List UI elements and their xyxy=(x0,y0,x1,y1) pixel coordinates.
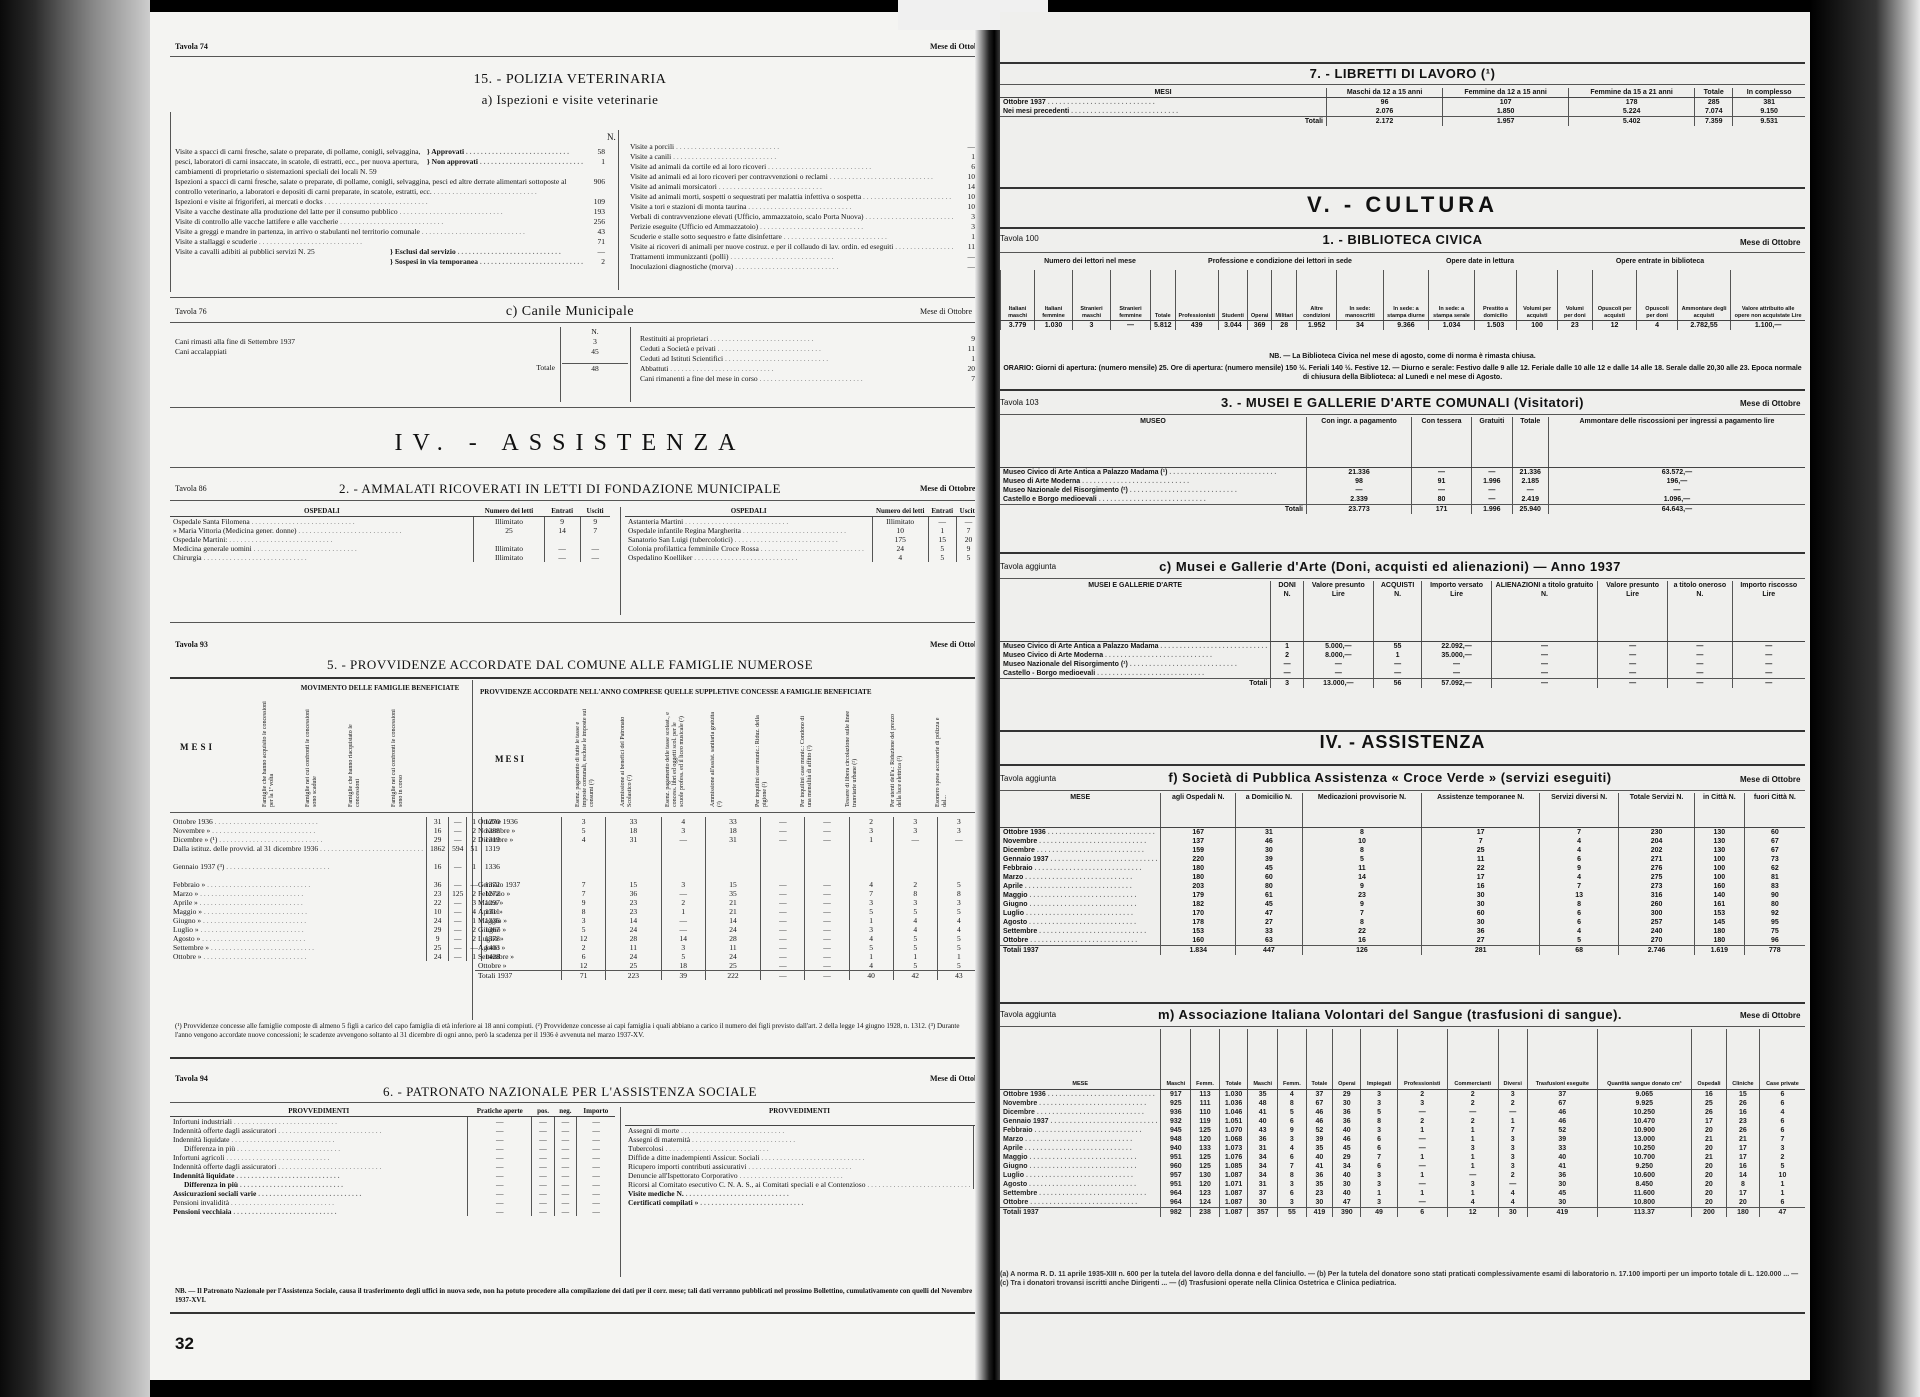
list-item: } Approvati58 xyxy=(427,147,605,157)
table-cell: — xyxy=(761,952,805,961)
table-cell: 271 xyxy=(1619,855,1695,864)
blood-donors-table: MESEMaschiFemm.TotaleMaschiFemm.TotaleOp… xyxy=(1000,1029,1805,1217)
table-cell: 1.085 xyxy=(1219,1162,1247,1171)
table-cell: 22 xyxy=(1422,864,1540,873)
table-cell: — xyxy=(449,880,467,889)
table-row: Agosto »9—21378 xyxy=(170,934,503,943)
table-cell: 1.030 xyxy=(1219,1090,1247,1100)
table-cell: 3 xyxy=(849,925,893,934)
column-header: Esenz. pagamento delle tasse scolast., e… xyxy=(665,707,707,807)
table-cell: 1.503 xyxy=(1474,321,1517,331)
table-cell: 30 xyxy=(1248,1198,1278,1208)
table-row: Gennaio 1937715315——425 xyxy=(475,880,980,889)
table-cell: 5 xyxy=(928,544,956,553)
item-value: 14 xyxy=(953,182,975,192)
item-value: 71 xyxy=(583,237,605,247)
table-cell: — xyxy=(449,943,467,952)
table-row: Gennaio 19379321191.051406463682214610.4… xyxy=(1000,1117,1805,1126)
item-label: Trattamenti immunizzanti (polli) xyxy=(630,252,833,262)
table-cell: 10.800 xyxy=(1597,1198,1691,1208)
hospital-name: Ospedale Santa Filomena xyxy=(170,517,474,527)
table-cell: — xyxy=(577,1171,615,1180)
table-row: Agosto »211311——555 xyxy=(475,943,980,952)
table-row: Marzo9481201.06836339466—133913.00021217 xyxy=(1000,1135,1805,1144)
table-cell: 11 xyxy=(1302,864,1421,873)
table-row: Febbraio »736—35——788 xyxy=(475,889,980,898)
column-header: N. xyxy=(607,132,616,143)
list-item: Visite ai ricoveri di animali per nuove … xyxy=(630,242,975,252)
table-cell: 951 xyxy=(1161,1180,1191,1189)
month-label: Ottobre » xyxy=(170,952,427,961)
month-label: Novembre xyxy=(1000,837,1161,846)
table-cell: 7 xyxy=(849,889,893,898)
table-cell: 21 xyxy=(1691,1153,1726,1162)
table-cell: — xyxy=(449,934,467,943)
table-cell: — xyxy=(1397,1162,1447,1171)
table-cell: 125 xyxy=(449,889,467,898)
table-cell: 45 xyxy=(1236,864,1303,873)
museum-name: Castello e Borgo medioevali xyxy=(1000,495,1307,505)
total-value: 71 xyxy=(562,971,606,981)
item-label: Visite a canili xyxy=(630,152,776,162)
table-cell: — xyxy=(532,1117,554,1127)
table-cell: 125 xyxy=(1191,1162,1220,1171)
measure-label: Differenza in più xyxy=(170,1180,468,1189)
table-cell: 39 xyxy=(1236,855,1303,864)
column-header: Maschi xyxy=(1248,1029,1278,1090)
column-header: Importo xyxy=(577,1107,615,1117)
table-cell: — xyxy=(449,835,467,844)
table-cell: — xyxy=(661,925,705,934)
item-label: Visite di controllo alle vacche lattifer… xyxy=(175,217,443,227)
list-item: Cani rimanenti a fine del mese in corso7 xyxy=(640,374,975,384)
table-cell: — xyxy=(761,943,805,952)
table-cell: 4 xyxy=(1278,1144,1307,1153)
table-row: Gennaio 193722039511627110073 xyxy=(1000,855,1805,864)
table-row: Museo di Arte Moderna98911.9962.185196,— xyxy=(1000,477,1805,486)
table-row: Aprile9401331.07331435456—333310.2502017… xyxy=(1000,1144,1805,1153)
list-item: Ceduti ad Istituti Scientifici1 xyxy=(640,354,975,364)
list-item: Ispezioni a spacci di carni fresche, sal… xyxy=(175,177,605,197)
table-cell: — xyxy=(1598,651,1668,660)
table-cell: 31 xyxy=(1248,1180,1278,1189)
table-cell: — xyxy=(532,1171,554,1180)
total-value: 390 xyxy=(1333,1208,1361,1218)
table-cell: 5 xyxy=(928,553,956,562)
table-cell: 940 xyxy=(1161,1144,1191,1153)
table-cell: 23 xyxy=(1726,1117,1759,1126)
item-label: Scuderie e stalle sotto sequestro e fatt… xyxy=(630,232,887,242)
list-item: } Non approvati1 xyxy=(427,157,605,167)
table-cell: — xyxy=(449,817,467,826)
table-cell: 6 xyxy=(1361,1144,1397,1153)
column-header: in Città N. xyxy=(1694,793,1744,828)
table-cell: — xyxy=(1491,660,1597,669)
table-cell: 3 xyxy=(661,943,705,952)
month-label: Aprile » xyxy=(170,898,427,907)
table-cell: 124 xyxy=(1191,1198,1220,1208)
item-label: Ispezioni a spacci di carni fresche, sal… xyxy=(175,177,583,197)
table-cell: 6 xyxy=(1759,1117,1805,1126)
table-cell: 9 xyxy=(580,517,610,527)
table-cell: 6 xyxy=(1759,1090,1805,1100)
table-cell: 41 xyxy=(1248,1108,1278,1117)
table-cell: 3 xyxy=(893,898,937,907)
item-label: } Esclusi dal servizio xyxy=(390,247,561,257)
table-cell: — xyxy=(532,1207,554,1216)
table-row: Ottobre 1936333433——233 xyxy=(475,817,980,826)
table-cell: 36 xyxy=(1306,1171,1332,1180)
item-label: } Sospesi in via temporanea xyxy=(390,257,583,267)
table-cell: — xyxy=(1498,1108,1527,1117)
table-cell: 11 xyxy=(1422,855,1540,864)
table-row: Ottobre9641241.08730330473—443010.800202… xyxy=(1000,1198,1805,1208)
table-cell: 111 xyxy=(1191,1099,1220,1108)
column-header: OSPEDALI xyxy=(170,507,474,517)
table-cell: — xyxy=(1598,669,1668,679)
measure-label: Pensioni vecchiaia xyxy=(170,1207,468,1216)
museum-name: Museo Civico di Arte Moderna xyxy=(1000,651,1271,660)
table-cell: — xyxy=(577,1126,615,1135)
table-cell: 34 xyxy=(1248,1162,1278,1171)
table-cell: — xyxy=(761,907,805,916)
table-row: Pensioni invalidità———— xyxy=(170,1198,615,1207)
month-label: Agosto » xyxy=(475,943,562,952)
table-row: Marzo180601417427510081 xyxy=(1000,873,1805,882)
table-cell: — xyxy=(1307,486,1412,495)
table-cell: 6 xyxy=(1361,1135,1397,1144)
item-value: 10 xyxy=(953,192,975,202)
table-cell: 63.572,— xyxy=(1548,468,1805,478)
footnotes: (¹) Provvidenze concesse alle famiglie c… xyxy=(175,1022,975,1040)
table-cell: 5 xyxy=(849,943,893,952)
table-cell: 24 xyxy=(606,952,662,961)
month-label: Gennaio 1937 xyxy=(1000,1117,1161,1126)
table-cell xyxy=(544,535,580,544)
table-cell: 5 xyxy=(937,943,980,952)
item-value: — xyxy=(953,142,975,152)
table-cell: — xyxy=(661,916,705,925)
table-cell: — xyxy=(580,553,610,562)
item-value: 58 xyxy=(583,147,605,157)
item-value: 10 xyxy=(953,202,975,212)
table-cell: 3 xyxy=(1278,1180,1307,1189)
table-cell: 16 xyxy=(1302,936,1421,946)
table-cell: 60 xyxy=(1744,828,1805,838)
table-cell: 3 xyxy=(661,880,705,889)
list-item: Visite a vacche destinate alla produzion… xyxy=(175,207,605,217)
month-label: Marzo » xyxy=(475,898,562,907)
table-cell: — xyxy=(449,925,467,934)
table-cell: 4 xyxy=(661,817,705,826)
table-cell: — xyxy=(761,898,805,907)
measure-label: Diffide a ditte inadempienti Assicur. So… xyxy=(625,1153,974,1162)
table-row: Febbraio »36——1372 xyxy=(170,880,503,889)
table-cell: 130 xyxy=(1694,837,1744,846)
column-header: Professionisti xyxy=(1397,1029,1447,1090)
table-cell: — xyxy=(577,1153,615,1162)
table-cell: 2 xyxy=(1447,1099,1498,1108)
column-header: MESE xyxy=(1000,1029,1161,1090)
table-row: Totali 19377122339222——404243 xyxy=(475,971,980,981)
table-cell: 381 xyxy=(1733,98,1805,108)
table-cell: 8 xyxy=(1540,900,1619,909)
table-cell: 5 xyxy=(893,961,937,971)
item-label: Inoculazioni diagnostiche (morva) xyxy=(630,262,838,272)
table-cell: — xyxy=(893,835,937,844)
table-cell: — xyxy=(532,1144,554,1153)
month-label: Aprile xyxy=(1000,882,1161,891)
table-cell: 25 xyxy=(705,961,761,971)
table-cell: 95 xyxy=(1744,918,1805,927)
table-cell: 100 xyxy=(1694,855,1744,864)
table-cell: 5.224 xyxy=(1569,107,1695,117)
tavola-label: Tavola 86 xyxy=(175,484,207,493)
table-cell: 40 xyxy=(1306,1153,1332,1162)
item-value: 7 xyxy=(953,374,975,384)
table-cell: — xyxy=(1422,669,1492,679)
table-cell: 7 xyxy=(1498,1126,1527,1135)
list-item: Inoculazioni diagnostiche (morva)— xyxy=(630,262,975,272)
table-row: Museo Civico di Arte Antica a Palazzo Ma… xyxy=(1000,468,1805,478)
table-cell: 12 xyxy=(1592,321,1637,331)
month-label xyxy=(475,844,562,880)
table-cell: 3 xyxy=(849,898,893,907)
table-cell: 3 xyxy=(893,817,937,826)
column-header: Usciti xyxy=(580,507,610,517)
month-label: Febbraio xyxy=(1000,864,1161,873)
table-row: Aprile »823121——555 xyxy=(475,907,980,916)
table-cell: 16 xyxy=(1726,1162,1759,1171)
table-cell: 23 xyxy=(1306,1189,1332,1198)
table-cell: 45 xyxy=(1527,1189,1597,1198)
museum-name: Museo Nazionale del Risorgimento (²) xyxy=(1000,486,1307,495)
table-cell: 153 xyxy=(1694,909,1744,918)
table-cell xyxy=(562,844,606,880)
table-cell: 27 xyxy=(1422,936,1540,946)
table-cell: 37 xyxy=(1306,1090,1332,1100)
table-cell: 46 xyxy=(1333,1135,1361,1144)
tavola-label: Tavola 74 xyxy=(175,42,208,51)
table-cell: 34 xyxy=(1337,321,1383,331)
table-cell: 276 xyxy=(1619,864,1695,873)
table-cell: 3 xyxy=(1072,321,1110,331)
table-cell: — xyxy=(532,1189,554,1198)
table-cell: 3 xyxy=(1361,1099,1397,1108)
item-value: 11 xyxy=(953,344,975,354)
table-cell: 46 xyxy=(1527,1117,1597,1126)
list-item: Visite a cavalli adibiti ai pubblici ser… xyxy=(175,247,605,267)
month-label: Giugno xyxy=(1000,1162,1161,1171)
table-cell: 3.779 xyxy=(1001,321,1035,331)
table-cell: — xyxy=(1397,1180,1447,1189)
table-cell: — xyxy=(1447,1171,1498,1180)
month-label: Gennaio 1937 xyxy=(475,880,562,889)
month-label: Luglio xyxy=(1000,909,1161,918)
table-cell: 96 xyxy=(1327,98,1443,108)
column-header: Maschi da 12 a 15 anni xyxy=(1327,88,1443,98)
table-cell: 3 xyxy=(1361,1198,1397,1208)
table-cell: 5 xyxy=(1278,1108,1307,1117)
table-row: Ottobre »24—11428 xyxy=(170,952,503,961)
table-cell: 35 xyxy=(1306,1180,1332,1189)
table-cell: 5 xyxy=(893,943,937,952)
table-cell: 46 xyxy=(1306,1108,1332,1117)
table-cell: — xyxy=(805,898,849,907)
table-cell: 1.046 xyxy=(1219,1108,1247,1117)
item-label: Visite a vacche destinate alla produzion… xyxy=(175,207,503,217)
table-cell: 12 xyxy=(562,961,606,971)
total-value: 47 xyxy=(1759,1208,1805,1218)
table-cell: 2 xyxy=(1447,1090,1498,1100)
table-cell: 67 xyxy=(1306,1099,1332,1108)
table-cell: 1.068 xyxy=(1219,1135,1247,1144)
month-label: Dicembre xyxy=(1000,1108,1161,1117)
column-header: Volumi per acquisti xyxy=(1517,270,1558,321)
table-cell: 52 xyxy=(1306,1126,1332,1135)
table-cell: 2 xyxy=(849,817,893,826)
list-item: Visite ad animali da cortile ed ai loro … xyxy=(630,162,975,172)
group-header: Opere entrate in biblioteca xyxy=(1580,257,1740,266)
total-value: 238 xyxy=(1191,1208,1220,1218)
table-cell: 3 xyxy=(937,826,980,835)
column-header: Studenti xyxy=(1218,270,1247,321)
table-cell: 24 xyxy=(872,544,928,553)
table-subtitle: a) Ispezioni e visite veterinarie xyxy=(150,92,990,108)
group-header: PROVVIDENZE ACCORDATE NELL'ANNO COMPRESE… xyxy=(480,688,980,697)
table-cell: 2.782,55 xyxy=(1677,321,1730,331)
list-item: Visite ad animali morti, sospetti o sequ… xyxy=(630,192,975,202)
table-cell: 91 xyxy=(1412,477,1472,486)
table-cell: 5 xyxy=(1302,855,1421,864)
item-label: Visite a spacci di carni fresche, salate… xyxy=(175,147,427,177)
table-cell: 40 xyxy=(1333,1171,1361,1180)
table-cell: 945 xyxy=(1161,1126,1191,1135)
column-header: In sede: a stampa diurne xyxy=(1383,270,1429,321)
table-row: Febbraio9451251.070439524031175210.90020… xyxy=(1000,1126,1805,1135)
table-cell xyxy=(606,844,662,880)
table-row: Sanatorio San Luigi (tubercolotici)17515… xyxy=(625,535,980,544)
column-header: Opuscoli per acquisti xyxy=(1592,270,1637,321)
month-label: Mese di Ottobre xyxy=(1740,775,1800,784)
table-cell: 285 xyxy=(1695,98,1733,108)
month-label: Ottobre » xyxy=(475,961,562,971)
table-cell: 52 xyxy=(1527,1126,1597,1135)
column-header: Diversi xyxy=(1498,1029,1527,1090)
table-cell: — xyxy=(449,907,467,916)
table-cell: 80 xyxy=(1236,882,1303,891)
table-cell: 7 xyxy=(1361,1153,1397,1162)
table-cell: 10.900 xyxy=(1597,1126,1691,1135)
table-cell: 30 xyxy=(1333,1099,1361,1108)
table-row: 3.7791.0303—5.8124393.044369281.952349.3… xyxy=(1001,321,1806,331)
month-label: Agosto » xyxy=(170,934,427,943)
table-row: Settembre153332236424018075 xyxy=(1000,927,1805,936)
table-cell: — xyxy=(805,826,849,835)
measure-label: Ricorsi al Comitato esecutivo C. N. A. S… xyxy=(625,1180,974,1189)
table-cell: 21.336 xyxy=(1512,468,1548,478)
month-label: Agosto xyxy=(1000,1180,1161,1189)
table-row: Dicembre9361101.04641546365———4610.25026… xyxy=(1000,1108,1805,1117)
table-cell: 4 xyxy=(1540,837,1619,846)
column-header: a Domicilio N. xyxy=(1236,793,1303,828)
total-value: 49 xyxy=(1361,1208,1397,1218)
table-cell: 1 xyxy=(1373,651,1421,660)
table-cell: — xyxy=(1373,669,1421,679)
table-cell: 3 xyxy=(1759,1144,1805,1153)
table-cell: 1.087 xyxy=(1219,1189,1247,1198)
table-cell: — xyxy=(1732,642,1805,652)
table-row: PROVVEDIMENTIPratiche apertepos.neg.Impo… xyxy=(170,1107,615,1117)
table-cell: — xyxy=(1732,651,1805,660)
table-cell: 3 xyxy=(1278,1198,1307,1208)
table-cell: 100 xyxy=(1694,873,1744,882)
table-cell: — xyxy=(532,1126,554,1135)
table-cell: 21 xyxy=(1726,1135,1759,1144)
table-cell: 35 xyxy=(705,889,761,898)
table-cell: 1.957 xyxy=(1443,117,1569,127)
table-cell: 957 xyxy=(1161,1171,1191,1180)
table-cell: 7 xyxy=(580,526,610,535)
table-cell: 130 xyxy=(1191,1171,1220,1180)
measure-label: Assegni di morte xyxy=(625,1126,974,1136)
table-cell: 20 xyxy=(1691,1126,1726,1135)
table-cell: 13.000 xyxy=(1597,1135,1691,1144)
table-cell: 3 xyxy=(1361,1090,1397,1100)
table-cell: 48 xyxy=(1248,1099,1278,1108)
month-label: Giugno » xyxy=(475,925,562,934)
table-row: Museo Nazionale del Risorgimento (²)————… xyxy=(1000,486,1805,495)
item-label: Cani rimanenti a fine del mese in corso xyxy=(640,374,863,384)
total-value: 2.746 xyxy=(1619,946,1695,956)
table-cell: 1 xyxy=(1397,1153,1447,1162)
table-row: Settembre9641231.087376234011144511.6002… xyxy=(1000,1189,1805,1198)
month-label: Ottobre xyxy=(1000,1198,1161,1208)
value: 3 xyxy=(562,337,628,347)
column-header: MESE xyxy=(1000,793,1161,828)
table-cell: 29 xyxy=(427,925,449,934)
table-cell: 1 xyxy=(661,907,705,916)
hospital-name: Ospedale Martini: xyxy=(170,535,474,544)
table-row: Indennità offerte dagli assicuratori———— xyxy=(170,1162,615,1171)
table-cell: Illimitato xyxy=(474,544,544,553)
table-cell: 1 xyxy=(1271,642,1303,652)
total-value: 12 xyxy=(1447,1208,1498,1218)
list-item: Visite a tori e stazioni di monta taurin… xyxy=(630,202,975,212)
table-cell: 14 xyxy=(1726,1171,1759,1180)
table-cell: — xyxy=(554,1144,577,1153)
table-cell: 1 xyxy=(893,952,937,961)
table-cell: 20 xyxy=(1691,1189,1726,1198)
table-row: Maggio1796123301331614090 xyxy=(1000,891,1805,900)
month-label: Luglio xyxy=(1000,1171,1161,1180)
table-cell: — xyxy=(468,1153,532,1162)
table-cell: 5 xyxy=(661,952,705,961)
measure-label: Denuncie all'Ispettorato Corporativo xyxy=(625,1171,974,1180)
item-value: 1 xyxy=(583,157,605,167)
table-cell: 2 xyxy=(1447,1117,1498,1126)
table-cell: 153 xyxy=(1161,927,1236,936)
table-cell: — xyxy=(1472,486,1513,495)
table-cell: 1.996 xyxy=(1472,505,1513,515)
table-cell: 63 xyxy=(1236,936,1303,946)
table-cell: 64.643,— xyxy=(1548,505,1805,515)
museum-name: Castello - Borgo medioevali xyxy=(1000,669,1271,679)
column-header: Per inquilini case munic.: Riduz. della … xyxy=(755,707,797,807)
table-cell: 4 xyxy=(937,916,980,925)
month-label: Settembre xyxy=(1000,927,1161,936)
column-header: PROVVEDIMENTI xyxy=(625,1107,974,1126)
